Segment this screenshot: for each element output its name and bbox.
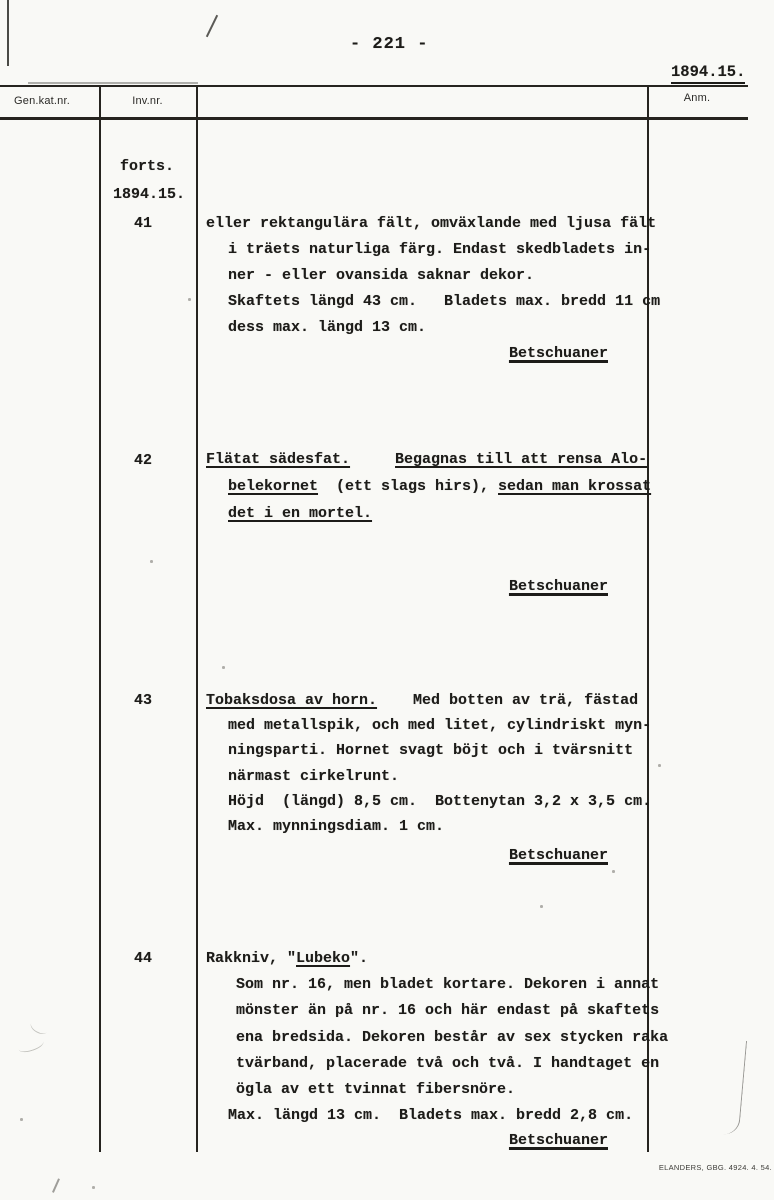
text-segment: ner - eller ovansida saknar dekor.: [228, 267, 534, 284]
entry-signature-line: Betschuaner: [206, 578, 658, 595]
text-segment: Som nr. 16, men bladet kortare. Dekoren …: [236, 976, 659, 993]
text-segment: ningsparti. Hornet svagt böjt och i tvär…: [228, 742, 633, 759]
underlined-text-segment: Lubeko: [296, 950, 350, 967]
ethnic-group-signature: Betschuaner: [509, 578, 608, 595]
entry-text-line: Flätat sädesfat. Begagnas till att rensa…: [206, 451, 647, 468]
entry-text-line: ena bredsida. Dekoren består av sex styc…: [236, 1029, 668, 1046]
underlined-text-segment: Tobaksdosa av horn.: [206, 692, 377, 709]
text-segment: Skaftets längd 43 cm. Bladets max. bredd…: [228, 293, 660, 310]
text-segment: Höjd (längd) 8,5 cm. Bottenytan 3,2 x 3,…: [228, 793, 651, 810]
entry-text-line: Som nr. 16, men bladet kortare. Dekoren …: [236, 976, 659, 993]
entry-text-line: med metallspik, och med litet, cylindris…: [228, 717, 651, 734]
inventory-number: 43: [134, 692, 152, 709]
text-segment: mönster än på nr. 16 och här endast på s…: [236, 1002, 659, 1019]
entry-text-line: Max. längd 13 cm. Bladets max. bredd 2,8…: [228, 1107, 633, 1124]
underlined-text-segment: det i en mortel.: [228, 505, 372, 522]
entry-text-line: det i en mortel.: [228, 505, 372, 522]
text-segment: Med botten av trä, fästad: [377, 692, 638, 709]
inventory-number: 41: [134, 215, 152, 232]
entry-signature-line: Betschuaner: [206, 1132, 658, 1149]
entry-text-line: i träets naturliga färg. Endast skedblad…: [228, 241, 651, 258]
entry-text-line: ögla av ett tvinnat fibersnöre.: [236, 1081, 515, 1098]
text-segment: Max. längd 13 cm. Bladets max. bredd 2,8…: [228, 1107, 633, 1124]
entry-text-line: närmast cirkelrunt.: [228, 768, 399, 785]
entry-text-line: Max. mynningsdiam. 1 cm.: [228, 818, 444, 835]
entry-text-line: tvärband, placerade två och två. I handt…: [236, 1055, 659, 1072]
text-segment: Max. mynningsdiam. 1 cm.: [228, 818, 444, 835]
entry-text-line: ner - eller ovansida saknar dekor.: [228, 267, 534, 284]
text-segment: ena bredsida. Dekoren består av sex styc…: [236, 1029, 668, 1046]
entry-text-line: eller rektangulära fält, omväxlande med …: [206, 215, 656, 232]
text-segment: närmast cirkelrunt.: [228, 768, 399, 785]
text-segment: dess max. längd 13 cm.: [228, 319, 426, 336]
text-segment: Rakkniv, ": [206, 950, 296, 967]
text-segment: [350, 451, 395, 468]
entry-text-line: belekornet (ett slags hirs), sedan man k…: [228, 478, 651, 495]
text-segment: ögla av ett tvinnat fibersnöre.: [236, 1081, 515, 1098]
underlined-text-segment: Begagnas till att rensa Alo-: [395, 451, 647, 468]
text-segment: ".: [350, 950, 368, 967]
underlined-text-segment: Flätat sädesfat.: [206, 451, 350, 468]
text-segment: i träets naturliga färg. Endast skedblad…: [228, 241, 651, 258]
text-segment: tvärband, placerade två och två. I handt…: [236, 1055, 659, 1072]
catalog-entries: forts.1894.15.41eller rektangulära fält,…: [0, 0, 774, 1200]
underlined-text-segment: sedan man krossat: [498, 478, 651, 495]
entry-signature-line: Betschuaner: [206, 847, 658, 864]
text-segment: (ett slags hirs),: [318, 478, 498, 495]
entry-text-line: Skaftets längd 43 cm. Bladets max. bredd…: [228, 293, 660, 310]
entry-text-line: Höjd (längd) 8,5 cm. Bottenytan 3,2 x 3,…: [228, 793, 651, 810]
ethnic-group-signature: Betschuaner: [509, 847, 608, 864]
entry-signature-line: Betschuaner: [206, 345, 658, 362]
scanned-catalog-page: - 221 - 1894.15. Gen.kat.nr. Inv.nr. Anm…: [0, 0, 774, 1200]
entry-text-line: mönster än på nr. 16 och här endast på s…: [236, 1002, 659, 1019]
underlined-text-segment: belekornet: [228, 478, 318, 495]
entry-text-line: Rakkniv, "Lubeko".: [206, 950, 368, 967]
printer-imprint: ELANDERS, GBG. 4924. 4. 54.: [638, 1163, 772, 1172]
entry-text-line: ningsparti. Hornet svagt böjt och i tvär…: [228, 742, 633, 759]
text-segment: med metallspik, och med litet, cylindris…: [228, 717, 651, 734]
text-segment: eller rektangulära fält, omväxlande med …: [206, 215, 656, 232]
inventory-number: 44: [134, 950, 152, 967]
inventory-continuation: forts.: [120, 158, 174, 175]
inventory-number: 42: [134, 452, 152, 469]
entry-text-line: Tobaksdosa av horn. Med botten av trä, f…: [206, 692, 638, 709]
inventory-continuation: 1894.15.: [113, 186, 185, 203]
ethnic-group-signature: Betschuaner: [509, 345, 608, 362]
entry-text-line: dess max. längd 13 cm.: [228, 319, 426, 336]
ethnic-group-signature: Betschuaner: [509, 1132, 608, 1149]
